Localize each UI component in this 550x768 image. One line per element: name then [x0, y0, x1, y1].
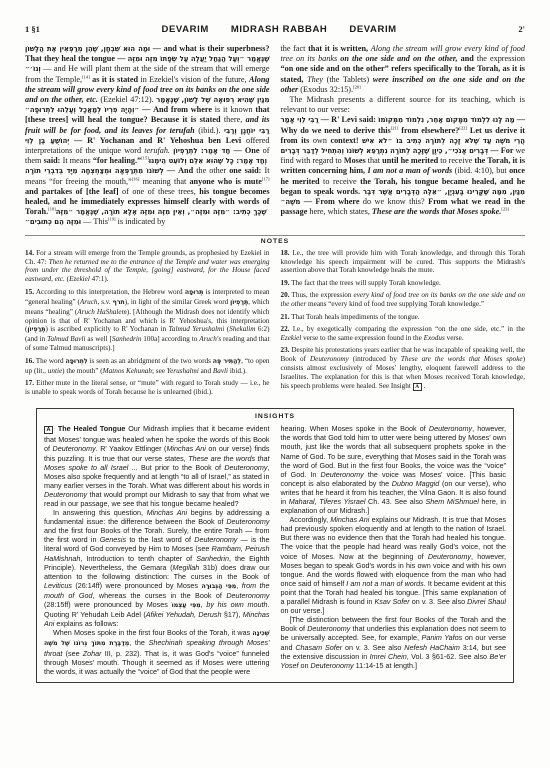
text-run: (Ezekiel 47:12).	[100, 95, 156, 104]
paragraph: A The Healed Tongue Our Midrash implies …	[44, 424, 270, 508]
hebrew-text-run: חַד אָמַר: לִתְרַפְיוֹן	[173, 147, 230, 155]
text-run: Aruch HaShalem	[77, 308, 127, 316]
text-run: context!	[330, 136, 362, 145]
text-run: I am not a man of words	[367, 166, 454, 175]
text-run: until he merited	[382, 156, 440, 165]
text-run: Divrei Shaul	[467, 597, 506, 606]
text-run: , whereas the curses in the Book of	[92, 591, 226, 600]
text-run: Ezekiel	[69, 275, 90, 283]
text-run: the other	[196, 166, 229, 175]
text-run: Dubno Maggid	[392, 479, 439, 488]
insight-marker-a: A	[413, 383, 422, 391]
text-run: there,	[224, 115, 246, 124]
text-run: (see	[62, 649, 82, 658]
text-run: is indicated by	[116, 217, 166, 226]
text-run: Shem MiShmuel	[426, 497, 479, 506]
text-run: explains as follows:	[54, 619, 118, 628]
text-run: and	[461, 54, 477, 63]
paragraph: Accordingly, Minchas Ani explains our Mi…	[281, 515, 507, 615]
footnote-reference: [14]	[82, 74, 90, 79]
text-run: Deuteronomy	[321, 470, 364, 479]
text-run: (introduced by	[349, 355, 401, 363]
paragraph: the fact that it is written, Along the s…	[281, 44, 526, 95]
text-run: Maharal, Tiferes Yisrael	[289, 497, 366, 506]
paragraph: רַבִּי לֵוִי אָמַר — R' Levi said: מַה ל…	[281, 115, 526, 217]
text-run: Talmud Bavli	[47, 335, 85, 343]
main-left-column: וּמַה הוּא שִׁבְחָן, שֶׁהֵן מְרַפְּאִין …	[25, 44, 270, 228]
text-run: (ibid.).	[198, 126, 224, 135]
footnote-reference: [19]	[108, 217, 116, 222]
text-run: Ezekiel	[281, 334, 302, 342]
text-run: Imrei Chein	[370, 652, 407, 661]
text-run: Nefesh HaChaim	[404, 643, 460, 652]
text-run: In answering this question,	[53, 508, 147, 517]
footnote-reference: [20]	[353, 84, 361, 89]
text-run: , Vol. 3 §61-62. See also	[407, 652, 490, 661]
text-run: The Healed Tongue	[55, 424, 128, 433]
paragraph: [The distinction between the first four …	[281, 615, 507, 670]
note-number: 15.	[25, 288, 34, 296]
note-number: 17.	[25, 379, 34, 387]
text-run: Talmud Yerushalmi	[169, 325, 225, 333]
text-run: untie	[48, 367, 62, 375]
text-run: Deuteronomy	[226, 517, 269, 526]
text-run: on	[298, 661, 310, 670]
page: 1 §1 DEVARIM MIDRASH RABBAH DEVARIM 2' ו…	[0, 0, 550, 683]
text-run: They	[307, 75, 327, 84]
text-run: and partakes of [the leaf]	[25, 187, 122, 196]
text-run: ... But prior to the Book of	[128, 463, 224, 472]
section-number-left: 1 §1	[25, 24, 40, 34]
text-run: . R' Yaakov Ettlinger (	[96, 444, 167, 453]
text-run: Accordingly,	[290, 515, 331, 524]
text-run: Panim Yafos	[422, 633, 463, 642]
text-run: Minchas Ani	[330, 515, 369, 524]
notes-section: 14. For a stream will emerge from the Te…	[25, 249, 525, 401]
hebrew-text-run: מַה לָּנוּ לִלְמוֹד מִמָּקוֹם אַחֵר, נִל…	[378, 116, 514, 124]
text-run: Deuteronomy	[226, 591, 269, 600]
text-run: These are the words that Moses spoke	[401, 355, 523, 363]
hebrew-text-run: מִפִּי הַגְּבוּרָה	[201, 583, 236, 590]
text-run: Sanhedrin	[196, 554, 229, 563]
note-item: 19. The fact that the trees will supply …	[281, 279, 526, 288]
text-run: .	[424, 382, 426, 390]
text-run: — One	[230, 146, 262, 155]
main-right-column: the fact that it is written, Along the s…	[281, 44, 526, 228]
text-run: According to this interpretation, the He…	[34, 288, 185, 296]
text-run: the expression	[477, 54, 525, 63]
text-run: — And from where	[139, 105, 214, 114]
text-run: (the Tablets)	[327, 75, 373, 84]
insights-section: A The Healed Tongue Our Midrash implies …	[44, 424, 506, 676]
notes-divider	[25, 235, 525, 236]
text-run: Thus, the expression	[289, 291, 353, 299]
text-run: Deuteronomy	[307, 624, 350, 633]
text-run: Leviticus	[44, 581, 72, 590]
paragraph: hearing. When Moses spoke in the Book of…	[281, 424, 507, 515]
text-run: meaning that	[139, 177, 189, 186]
text-run: I.e., by exegetically comparing the expr…	[289, 325, 525, 333]
text-run: Chasam Sofer	[295, 643, 342, 652]
note-item: 22. I.e., by exegetically comparing the …	[281, 325, 526, 343]
text-run: Ksav Sofer	[374, 597, 409, 606]
text-run: verse.	[445, 334, 464, 342]
hebrew-text-run: תרף	[113, 299, 125, 306]
text-run: Shekalim	[229, 325, 255, 333]
text-run: Deuteronomy	[224, 463, 267, 472]
insights-box: INSIGHTS A The Healed Tongue Our Midrash…	[36, 408, 514, 683]
text-run: Either mute in the literal sense, or “mu…	[25, 379, 270, 396]
insight-marker-a: A	[44, 426, 53, 434]
footnote-reference: [15]	[141, 156, 149, 161]
hebrew-text-run: תֶּרַפְיוֹן	[230, 299, 248, 306]
text-run: means “every kind of food tree supplying…	[306, 300, 484, 308]
note-item: 20. Thus, the expression every kind of f…	[281, 291, 526, 309]
note-number: 14.	[25, 249, 34, 257]
note-item: 21. That Torah heals impediments of the …	[281, 313, 526, 322]
insights-left-column: A The Healed Tongue Our Midrash implies …	[44, 424, 270, 676]
notes-right-column: 18. I.e., the tree will provide him with…	[281, 249, 526, 401]
text-run: , Introduction to tenth chapter of	[80, 554, 196, 563]
text-run: one said:	[229, 166, 264, 175]
text-run: Sanhedrin	[112, 335, 142, 343]
text-run: as it is stated	[90, 75, 141, 84]
hebrew-text-run: תְּרוּפָה	[185, 289, 203, 296]
text-run: ) the mouth” (	[62, 367, 103, 375]
text-run: here, which states,	[309, 207, 372, 216]
running-title-book: MIDRASH RABBAH	[231, 24, 328, 35]
text-run: — For	[488, 146, 515, 155]
text-run: ibid.).	[228, 367, 247, 375]
text-run: — And	[164, 166, 196, 175]
hebrew-text-run: תֶּרַפְיוֹן	[27, 326, 45, 333]
text-run: Deuteronomy	[429, 424, 472, 433]
text-run: own	[313, 136, 331, 145]
text-run: do we know this?	[363, 197, 428, 206]
text-run: Aruch's	[199, 335, 221, 343]
footnote-reference: [23]	[501, 207, 509, 212]
note-item: 17. Either mute in the literal sense, or…	[25, 379, 270, 397]
hebrew-text-run: וּמַה הוּא שִׁבְחָן, שֶׁהֵן מְרַפְּאִין …	[25, 45, 150, 53]
text-run: Deuteronomy	[310, 661, 353, 670]
text-run: (Exodus 32:15).	[300, 85, 353, 94]
text-run: Afikei Yehudah, Derush	[146, 610, 222, 619]
notes-left-column: 14. For a stream will emerge from the Te…	[25, 249, 270, 401]
text-run: Zohar	[83, 649, 102, 658]
text-run: Minchas Ani	[147, 508, 188, 517]
text-run: Aruch	[80, 298, 98, 306]
hebrew-text-run: לְהַתִּיר פֶּה	[213, 358, 241, 365]
text-run: Deuteronomy	[53, 444, 96, 453]
text-run: to receive	[440, 156, 474, 165]
text-run: of one of these trees,	[122, 187, 199, 196]
text-run: on v. 3. See also	[410, 597, 467, 606]
text-run: 100a] according to	[141, 335, 199, 343]
running-title-sedra-right: DEVARIM	[349, 24, 396, 35]
text-run: to receive	[323, 177, 360, 186]
running-title-sedra-left: DEVARIM	[162, 24, 209, 35]
text-run: said:	[44, 156, 63, 165]
text-run: that	[368, 156, 382, 165]
running-title: DEVARIM MIDRASH RABBAH DEVARIM	[162, 24, 397, 35]
text-run: verse to the same expression found in th…	[301, 334, 423, 342]
note-number: 16.	[25, 357, 34, 365]
text-run: Exodus	[424, 334, 445, 342]
hebrew-text-run: רַבִּי לֵוִי אָמַר	[281, 116, 319, 124]
note-item: 15. According to this interpretation, th…	[25, 288, 270, 353]
text-run: that it is written,	[308, 44, 371, 53]
text-run: Moses	[344, 156, 368, 165]
main-text: וּמַה הוּא שִׁבְחָן, שֶׁהֵן מְרַפְּאִין …	[25, 44, 525, 228]
page-header: 1 §1 DEVARIM MIDRASH RABBAH DEVARIM 2'	[25, 24, 525, 35]
text-run: Yerushalmi	[167, 367, 199, 375]
text-run: — R' Levi said:	[319, 115, 379, 124]
text-run: (ibid. 4:10), but	[455, 166, 509, 175]
text-run: Then he returned me to the entrance of t…	[25, 258, 270, 284]
note-item: 18. I.e., the tree will provide him with…	[281, 249, 526, 276]
text-run: is seen as an abridgment of the two word…	[88, 357, 213, 365]
text-run: — R' Yochanan and R' Yehoshua ben Levi	[69, 136, 246, 145]
text-run: The fact that the trees will supply Tora…	[289, 279, 440, 287]
text-run: §17),	[222, 610, 243, 619]
text-run: That Torah heals impediments of the tong…	[289, 313, 419, 321]
text-run: on v. 3. See also	[342, 643, 404, 652]
text-run: in Ezekiel's vision of the future,	[141, 75, 250, 84]
text-run: 11:14-15 at length.]	[354, 661, 417, 670]
note-item: 14. For a stream will emerge from the Te…	[25, 249, 270, 285]
insights-right-column: hearing. When Moses spoke in the Book of…	[281, 424, 507, 676]
text-run: Minchas Ani	[166, 444, 205, 453]
footnote-reference: [22]	[459, 125, 467, 130]
text-run: It means	[63, 156, 93, 165]
text-run: Megillah	[173, 563, 200, 572]
note-item: 23. Despite his protestations years earl…	[281, 346, 526, 392]
hebrew-text-run: מִפִּי עַצְמוֹ	[172, 602, 201, 609]
text-run: (26:14ff) were pronounced by Moses	[72, 581, 201, 590]
text-run: ) is ascribed explicitly to R' Yochanan …	[46, 325, 169, 333]
text-run: “for healing.”	[93, 156, 141, 165]
footnote-reference: [17]	[262, 176, 270, 181]
text-run: — From where	[300, 197, 363, 206]
text-run: to the last word of	[126, 535, 194, 544]
text-run: The Midrash presents a different source …	[281, 95, 526, 114]
text-run: Ch. 43. See also	[365, 497, 425, 506]
text-run: and	[199, 367, 213, 375]
note-item: 16. The word לִתְרוּפָה is seen as an ab…	[25, 357, 270, 376]
text-run: hearing. When Moses spoke in the Book of	[281, 424, 429, 433]
text-run: Bavli	[213, 367, 228, 375]
text-run: 47:1).	[90, 275, 109, 283]
text-run: (28:15ff) were pronounced by Moses	[44, 600, 172, 609]
text-run: as well [	[85, 335, 111, 343]
text-run: ), in light of the similar Greek word	[125, 298, 230, 306]
text-run: ; see	[152, 367, 167, 375]
folio-number-right: 2'	[518, 24, 525, 34]
text-run: on our verse.]	[281, 606, 325, 615]
text-run: terufah.	[144, 146, 173, 155]
text-run: on the one side and on the other,	[340, 54, 460, 63]
text-run: is it known	[215, 105, 256, 114]
paragraph: In answering this question, Minchas Ani …	[44, 508, 270, 628]
text-run: These are the words that Moses spoke.	[372, 207, 501, 216]
notes-heading: NOTES	[25, 238, 525, 245]
text-run: Deuteronomy	[310, 355, 349, 363]
text-run: Deuteronomy	[194, 535, 237, 544]
text-run: anyone who is mute	[189, 177, 261, 186]
text-run: — This	[81, 217, 108, 226]
text-run: I am not a man of words	[346, 579, 423, 588]
text-run: by his own mouth	[206, 600, 267, 609]
text-run: Deuteronomy	[428, 552, 471, 561]
hebrew-text-run: לִתְרוּפָה	[66, 358, 88, 365]
footnote-reference: [18]	[48, 207, 56, 212]
text-run: from elsewhere?	[398, 126, 459, 135]
text-run: Genesis	[100, 535, 126, 544]
text-run: Deuteronomy	[44, 490, 87, 499]
paragraph: When Moses spoke in the first four Books…	[44, 628, 270, 675]
text-run: The word	[34, 357, 66, 365]
text-run: Matnos Kehunah	[103, 367, 152, 375]
text-run: the fact	[281, 44, 309, 53]
insights-heading: INSIGHTS	[44, 413, 506, 420]
text-run: , the	[129, 638, 148, 647]
text-run: When Moses spoke in the first four Books…	[53, 628, 252, 637]
text-run: I.e., the tree will provide him with Tor…	[281, 249, 526, 275]
paragraph: וּמַה הוּא שִׁבְחָן, שֶׁהֵן מְרַפְּאִין …	[25, 44, 270, 228]
text-run: , s.v.	[97, 298, 112, 306]
paragraph: The Midrash presents a different source …	[281, 95, 526, 115]
